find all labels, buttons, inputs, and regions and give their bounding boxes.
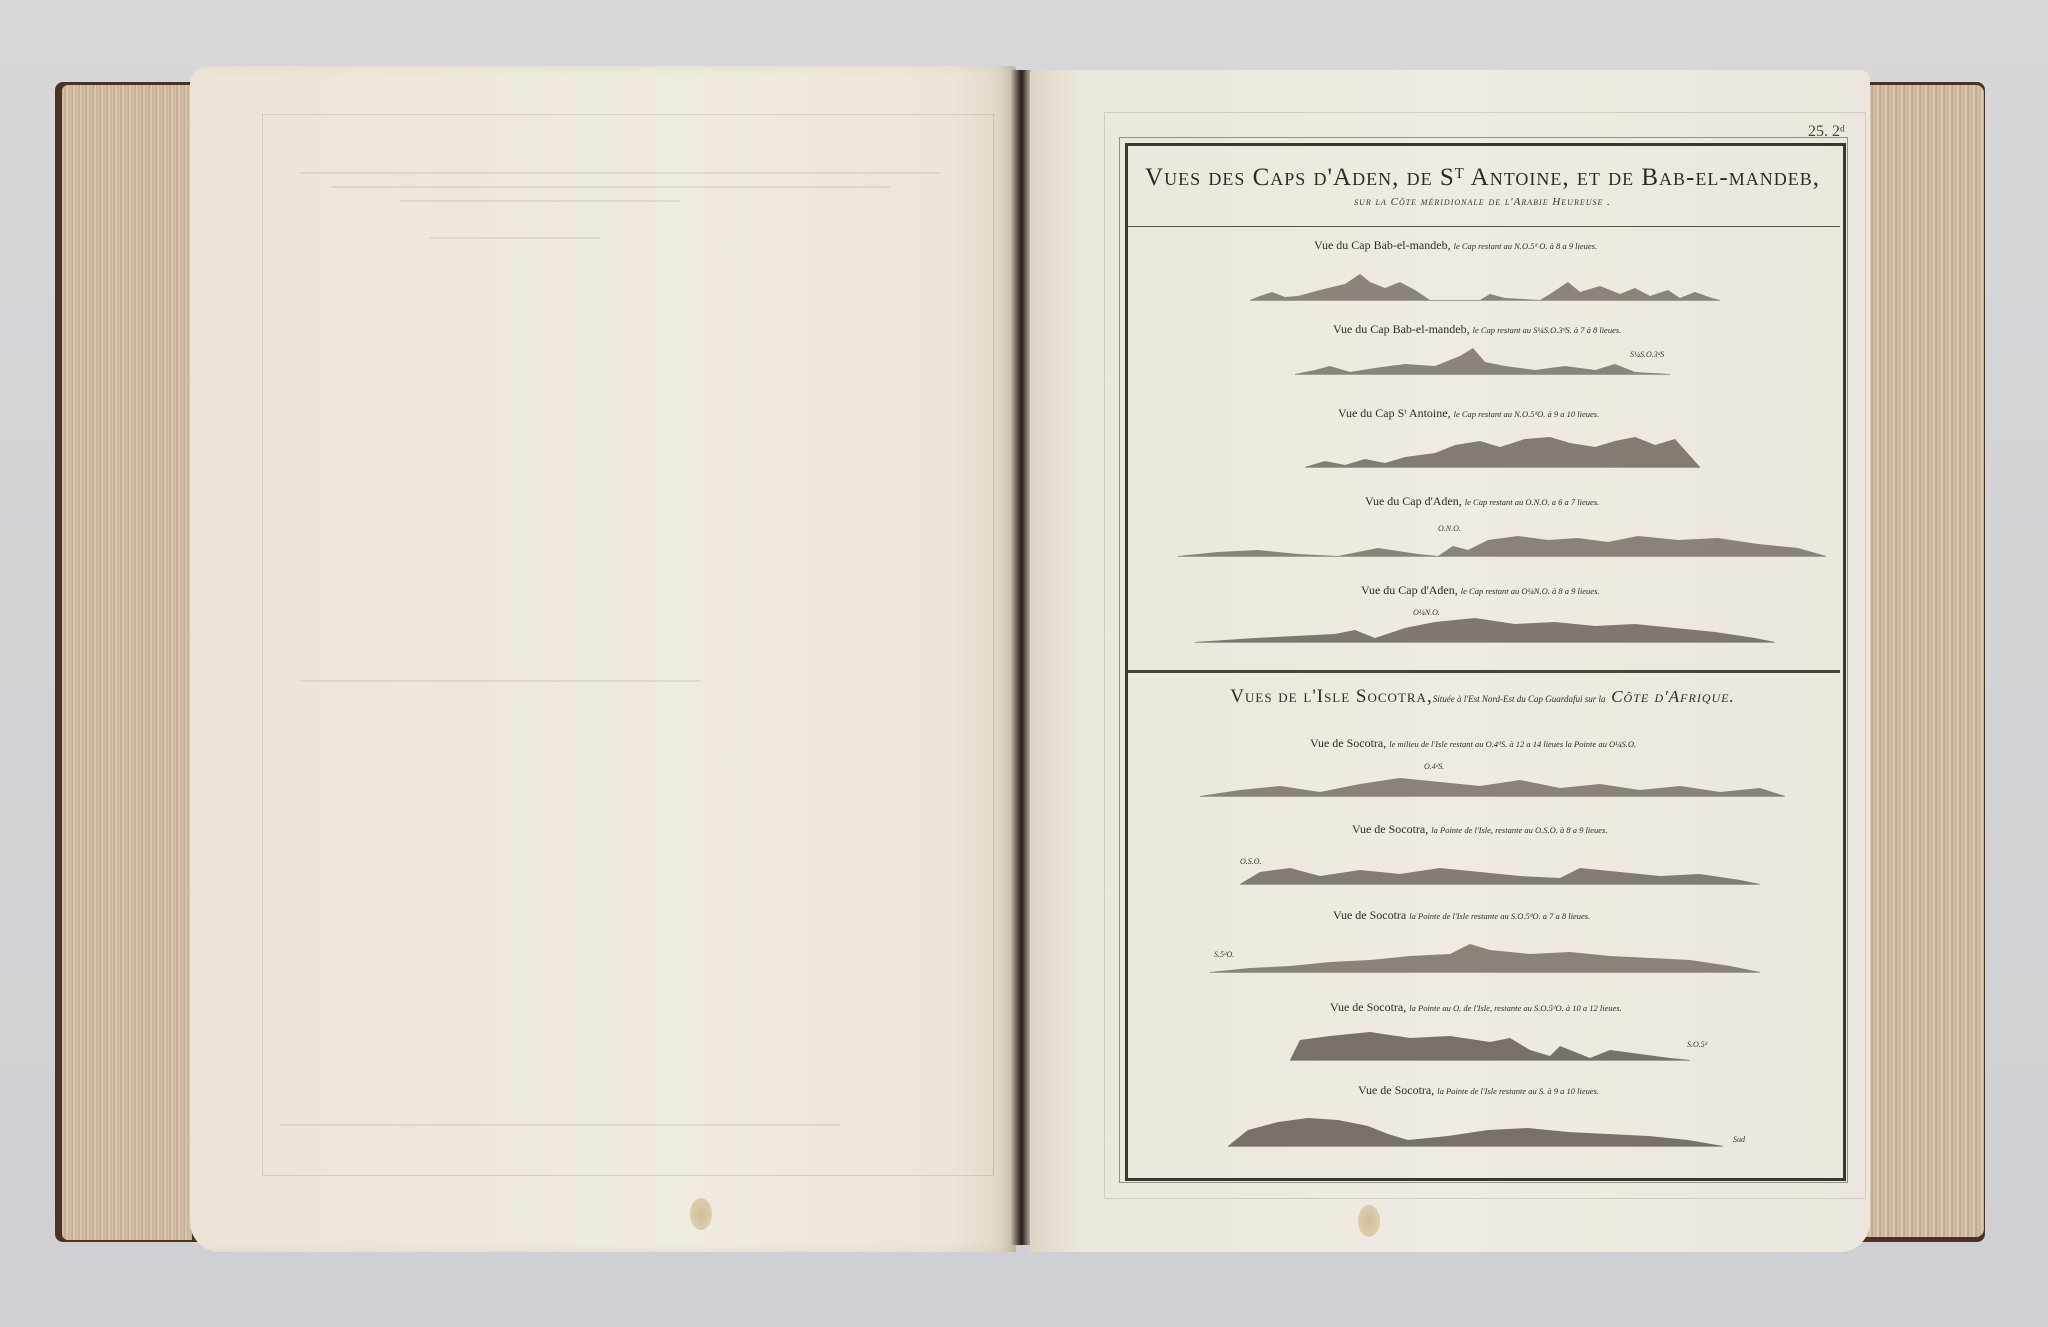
foxing-stain: [1358, 1205, 1380, 1237]
coastal-profile: [1305, 433, 1700, 469]
section-divider: [1128, 670, 1840, 673]
coastal-profile: [1178, 530, 1826, 558]
section1-subtitle: sur la Côte méridionale de l'Arabie Heur…: [1125, 196, 1840, 208]
bearing-label: S.O.5ᵈ: [1687, 1040, 1707, 1049]
coastal-profile: [1295, 346, 1670, 376]
coastal-profile: [1228, 1110, 1723, 1148]
view-caption: Vue de Socotra, le milieu de l'Isle rest…: [1310, 736, 1636, 751]
foxing-stain: [690, 1198, 712, 1230]
bearing-label: S¼S.O.3ᵈS: [1630, 350, 1664, 359]
offset-line: [280, 1124, 840, 1126]
book-gutter: [1010, 70, 1032, 1245]
offset-line: [400, 200, 680, 202]
view-caption: Vue du Cap Bab-el-mandeb, le Cap restant…: [1333, 322, 1621, 337]
coastal-profile: [1210, 940, 1760, 974]
bearing-label: Sud: [1733, 1135, 1745, 1144]
view-caption: Vue de Socotra, la Pointe au O. de l'Isl…: [1330, 1000, 1622, 1015]
offset-line: [430, 237, 600, 239]
offset-line: [330, 186, 890, 188]
view-caption: Vue du Cap d'Aden, le Cap restant au O.N…: [1365, 494, 1599, 509]
right-page-edges: [1866, 85, 1984, 1237]
section1-title: Vues des Caps d'Aden, de Sᵀ Antoine, et …: [1125, 164, 1840, 192]
left-plate-offset: [262, 114, 994, 1176]
coastal-profile: [1290, 1028, 1690, 1062]
left-page-edges: [62, 85, 192, 1240]
view-caption: Vue de Socotra, la Pointe de l'Isle rest…: [1358, 1083, 1599, 1098]
divider: [1128, 226, 1840, 227]
view-caption: Vue de Socotra la Pointe de l'Isle resta…: [1333, 908, 1590, 923]
coastal-profile: [1195, 614, 1775, 644]
offset-line: [300, 172, 940, 174]
section2-title: Vues de l'Isle Socotra,Située à l'Est No…: [1125, 686, 1840, 708]
view-caption: Vue du Cap Sᵗ Antoine, le Cap restant au…: [1338, 406, 1599, 421]
view-caption: Vue du Cap d'Aden, le Cap restant au O¼N…: [1361, 583, 1600, 598]
offset-line: [300, 680, 700, 682]
view-caption: Vue du Cap Bab-el-mandeb, le Cap restant…: [1314, 238, 1597, 253]
coastal-profile: [1200, 770, 1785, 798]
view-caption: Vue de Socotra, la Pointe de l'Isle, res…: [1352, 822, 1607, 837]
coastal-profile: [1240, 858, 1760, 886]
coastal-profile: [1250, 268, 1720, 302]
